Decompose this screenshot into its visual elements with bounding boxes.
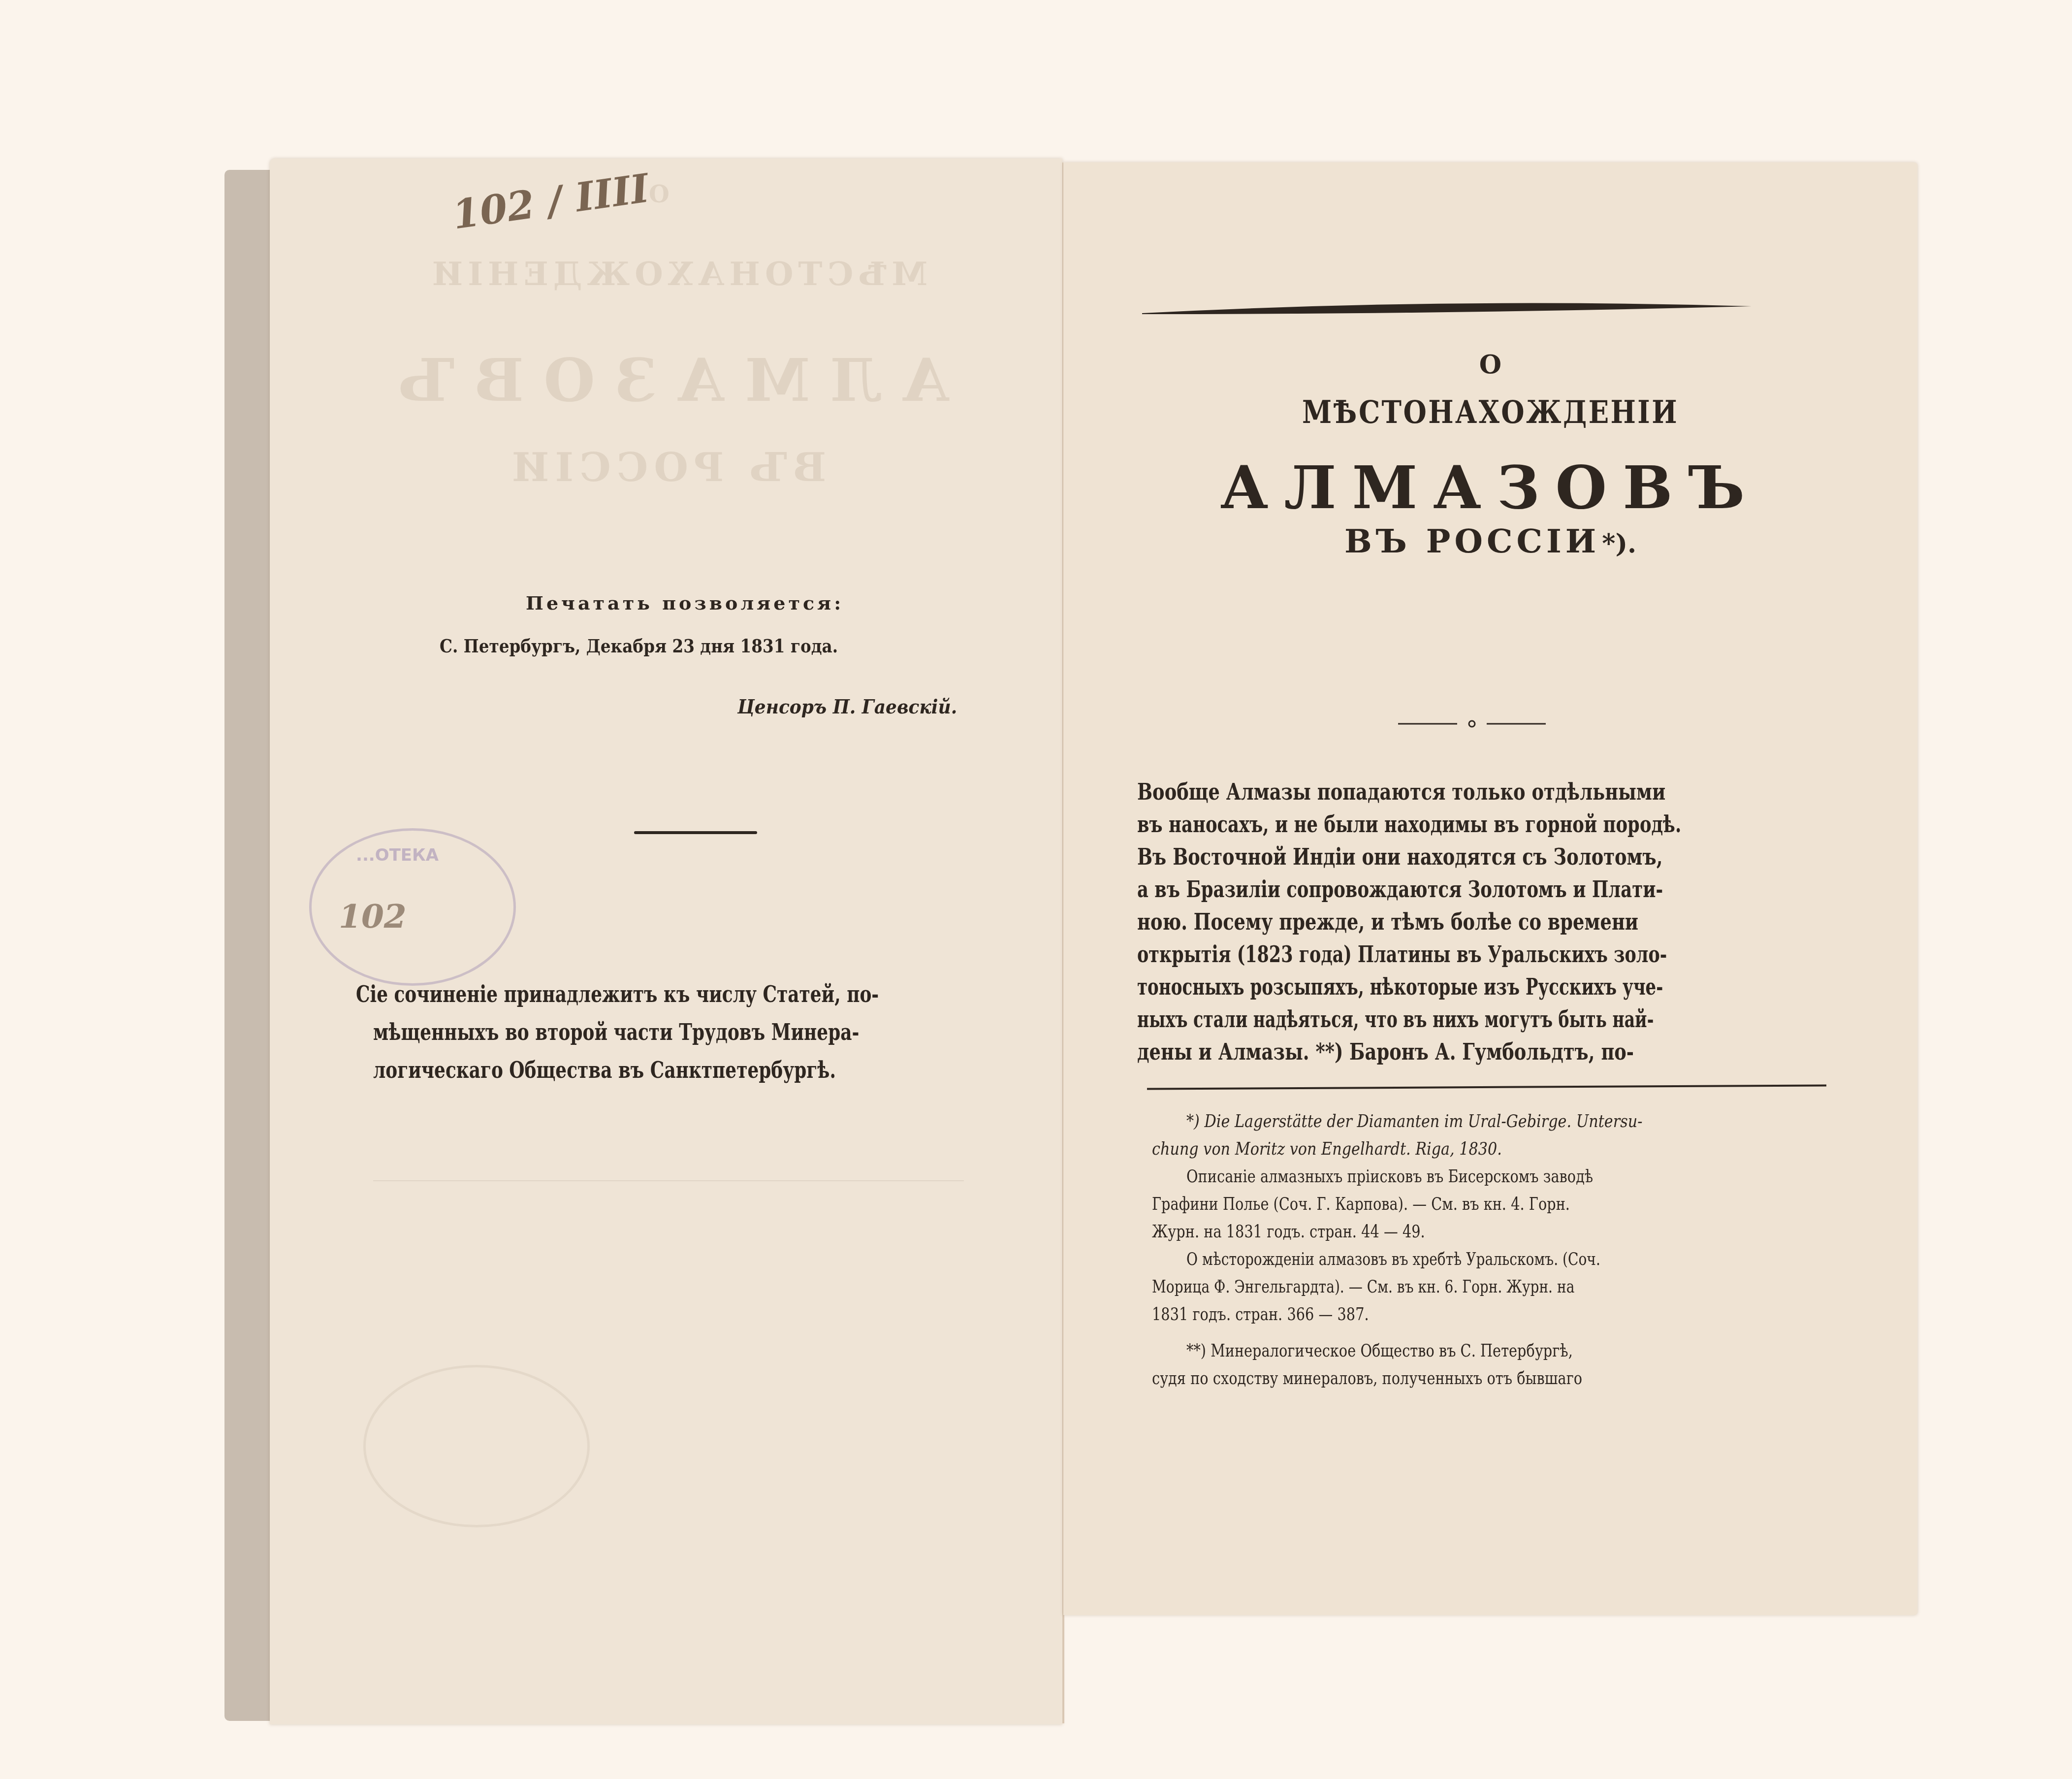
ghost-stamp	[363, 1365, 590, 1527]
title-main: АЛМАЗОВЪ	[1063, 453, 1917, 522]
ghost-text: АЛМАЗОВЪ	[378, 346, 950, 415]
title-location: ВЪ РОССІИ	[1344, 522, 1600, 560]
ghost-text: МѢСТОНАХОЖДЕНІИ	[427, 255, 927, 293]
footnote-marker: *).	[1602, 529, 1636, 559]
small-ornament	[1398, 719, 1546, 729]
censor-place-date: С. Петербургъ, Декабря 23 дня 1831 года.	[440, 635, 838, 657]
footnote-line: chung von Moritz von Engelhardt. Riga, 1…	[1152, 1135, 1731, 1163]
title-line-4: ВЪ РОССІИ *).	[1063, 522, 1917, 560]
ghost-rule	[373, 1180, 964, 1181]
footnote-rule	[1147, 1084, 1826, 1090]
body-line: открытія (1823 года) Платины въ Уральски…	[1137, 938, 1668, 970]
footnote-line: Журн. на 1831 годъ. стран. 44 — 49.	[1152, 1218, 1703, 1246]
handwritten-shelf-mark: 102 / IIII	[449, 165, 652, 238]
footnote-line: Морица Ф. Энгельгардта). — См. въ кн. 6.…	[1152, 1273, 1689, 1301]
body-line: ныхъ стали надѣяться, что въ нихъ могутъ…	[1137, 1003, 1640, 1035]
body-line: Вообще Алмазы попадаются только отдѣльны…	[1137, 776, 1696, 808]
body-line: а въ Бразиліи сопровождаются Золотомъ и …	[1137, 873, 1675, 906]
note-line: логическаго Общества въ Санктпетербургѣ.	[373, 1057, 836, 1083]
handwritten-number: 102	[339, 897, 407, 936]
body-line: дены и Алмазы. **) Баронъ А. Гумбольдтъ,…	[1137, 1035, 1696, 1068]
stamp-text: ...ОТЕКА	[356, 845, 439, 865]
right-page: О МѢСТОНАХОЖДЕНІИ АЛМАЗОВЪ ВЪ РОССІИ *).…	[1063, 162, 1917, 1615]
footnote-line: *) Die Lagerstätte der Diamanten im Ural…	[1186, 1108, 1765, 1135]
title-preposition: О	[1063, 350, 1917, 380]
censor-heading: Печатать позволяется:	[526, 592, 844, 614]
body-line: ною. Посему прежде, и тѣмъ болѣе со врем…	[1137, 906, 1696, 938]
footnote-line: 1831 годъ. стран. 366 — 387.	[1152, 1301, 1703, 1328]
left-page: О МѢСТОНАХОЖДЕНІИ АЛМАЗОВЪ ВЪ РОССІИ 102…	[270, 159, 1062, 1724]
footnote-line: Графини Полье (Соч. Г. Карпова). — См. в…	[1152, 1191, 1703, 1218]
body-line: въ наносахъ, и не были находимы въ горно…	[1137, 808, 1675, 841]
ghost-text: ВЪ РОССІИ	[506, 444, 826, 490]
footnote-line: **) Минералогическое Общество въ С. Пете…	[1186, 1337, 1738, 1365]
body-text: Вообще Алмазы попадаются только отдѣльны…	[1137, 776, 1836, 1068]
footnote-line: судя по сходству минераловъ, полученныхъ…	[1152, 1365, 1703, 1392]
note-line: мѣщенныхъ во второй части Трудовъ Минера…	[373, 1019, 859, 1045]
ghost-text: О	[649, 181, 669, 208]
footnotes: *) Die Lagerstätte der Diamanten im Ural…	[1152, 1108, 1841, 1392]
footnote-line: О мѣсторожденіи алмазовъ въ хребтѣ Ураль…	[1186, 1246, 1724, 1273]
divider-rule	[634, 831, 757, 834]
body-line: тоносныхъ розсыпяхъ, нѣкоторые изъ Русск…	[1137, 970, 1655, 1003]
title-line-2: МѢСТОНАХОЖДЕНІИ	[1127, 394, 1853, 431]
note-line: Сіе сочиненіе принадлежитъ къ числу Стат…	[356, 981, 879, 1007]
footnote-line: Описаніе алмазныхъ пріисковъ въ Бисерско…	[1186, 1163, 1738, 1191]
body-line: Въ Восточной Индіи они находятся съ Золо…	[1137, 841, 1696, 873]
ornamental-rule	[1142, 300, 1753, 320]
censor-signature: Ценсоръ П. Гаевскій.	[737, 695, 957, 718]
scan-background: О МѢСТОНАХОЖДЕНІИ АЛМАЗОВЪ ВЪ РОССІИ 102…	[0, 0, 2072, 1779]
